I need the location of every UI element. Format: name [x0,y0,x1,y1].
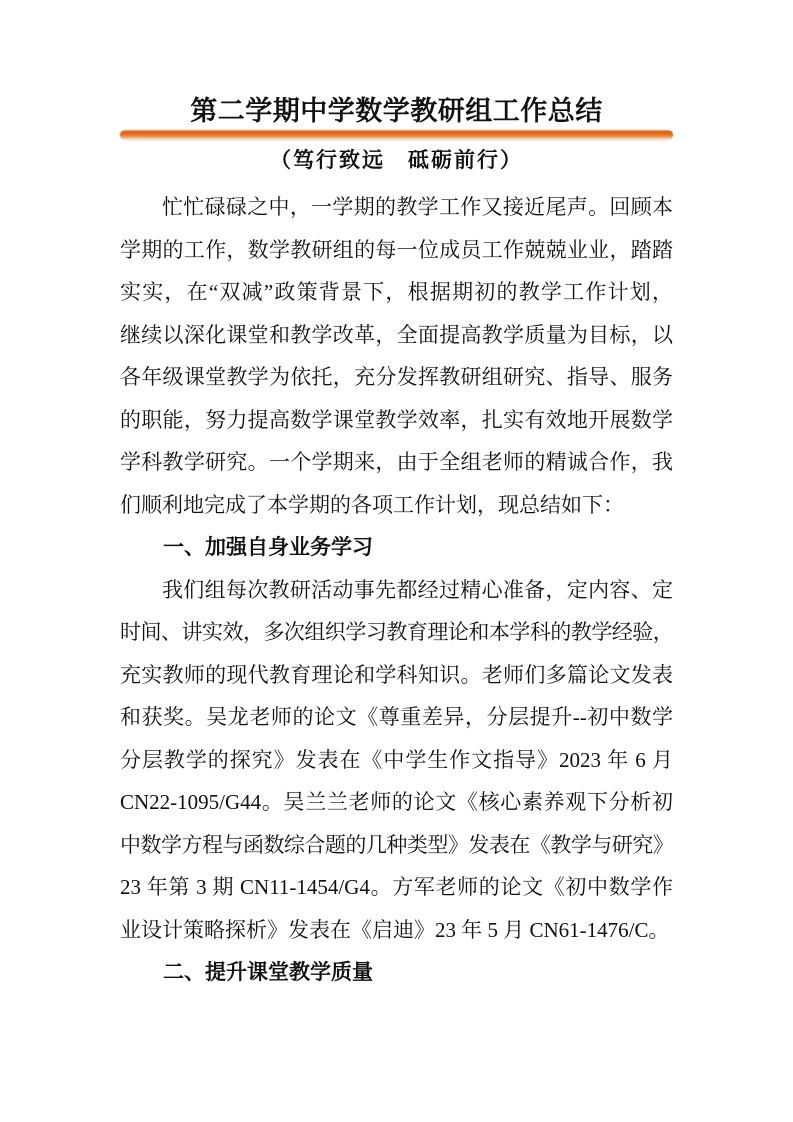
paragraph-2-line-4: 和获奖。吴龙老师的论文《尊重差异，分层提升--初中数学 [120,696,673,739]
paragraph-2-line-9: 业设计策略探析》发表在《启迪》23 年 5 月 CN61-1476/C。 [120,909,673,952]
document-subtitle: （笃行致远 砥砺前行） [120,145,673,175]
section-heading-2: 二、提升课堂教学质量 [120,951,673,994]
paragraph-2-line-1: 我们组每次教研活动事先都经过精心准备，定内容、定 [120,569,673,612]
paragraph-2-line-7: 中数学方程与函数综合题的几种类型》发表在《教学与研究》 [120,824,673,867]
paragraph-2-line-6: CN22-1095/G44。吴兰兰老师的论文《核心素养观下分析初 [120,781,673,824]
paragraph-2-line-3: 充实教师的现代教育理论和学科知识。老师们多篇论文发表 [120,654,673,697]
document-title: 第二学期中学数学教研组工作总结 [120,94,673,128]
paragraph-1-line-5: 各年级课堂教学为依托，充分发挥教研组研究、指导、服务 [120,356,673,399]
paragraph-1-line-1: 忙忙碌碌之中，一学期的教学工作又接近尾声。回顾本 [120,186,673,229]
document-page: 第二学期中学数学教研组工作总结 （笃行致远 砥砺前行） 忙忙碌碌之中，一学期的教… [0,0,793,1122]
paragraph-2-line-2: 时间、讲实效，多次组织学习教育理论和本学科的教学经验， [120,611,673,654]
section-heading-1: 一、加强自身业务学习 [120,526,673,569]
paragraph-2-line-5: 分层教学的探究》发表在《中学生作文指导》2023 年 6 月 [120,739,673,782]
paragraph-2-line-8: 23 年第 3 期 CN11-1454/G4。方军老师的论文《初中数学作 [120,866,673,909]
paragraph-1-line-4: 继续以深化课堂和教学改革，全面提高教学质量为目标，以 [120,314,673,357]
paragraph-1-line-2: 学期的工作，数学教研组的每一位成员工作兢兢业业，踏踏 [120,229,673,272]
document-body: 忙忙碌碌之中，一学期的教学工作又接近尾声。回顾本 学期的工作，数学教研组的每一位… [120,186,673,994]
title-underline-rule [120,130,673,140]
paragraph-1-line-8: 们顺利地完成了本学期的各项工作计划，现总结如下： [120,484,673,527]
paragraph-1-line-6: 的职能，努力提高数学课堂教学效率，扎实有效地开展数学 [120,399,673,442]
paragraph-1-line-3: 实实，在“双减”政策背景下，根据期初的教学工作计划， [120,271,673,314]
paragraph-1-line-7: 学科教学研究。一个学期来，由于全组老师的精诚合作，我 [120,441,673,484]
